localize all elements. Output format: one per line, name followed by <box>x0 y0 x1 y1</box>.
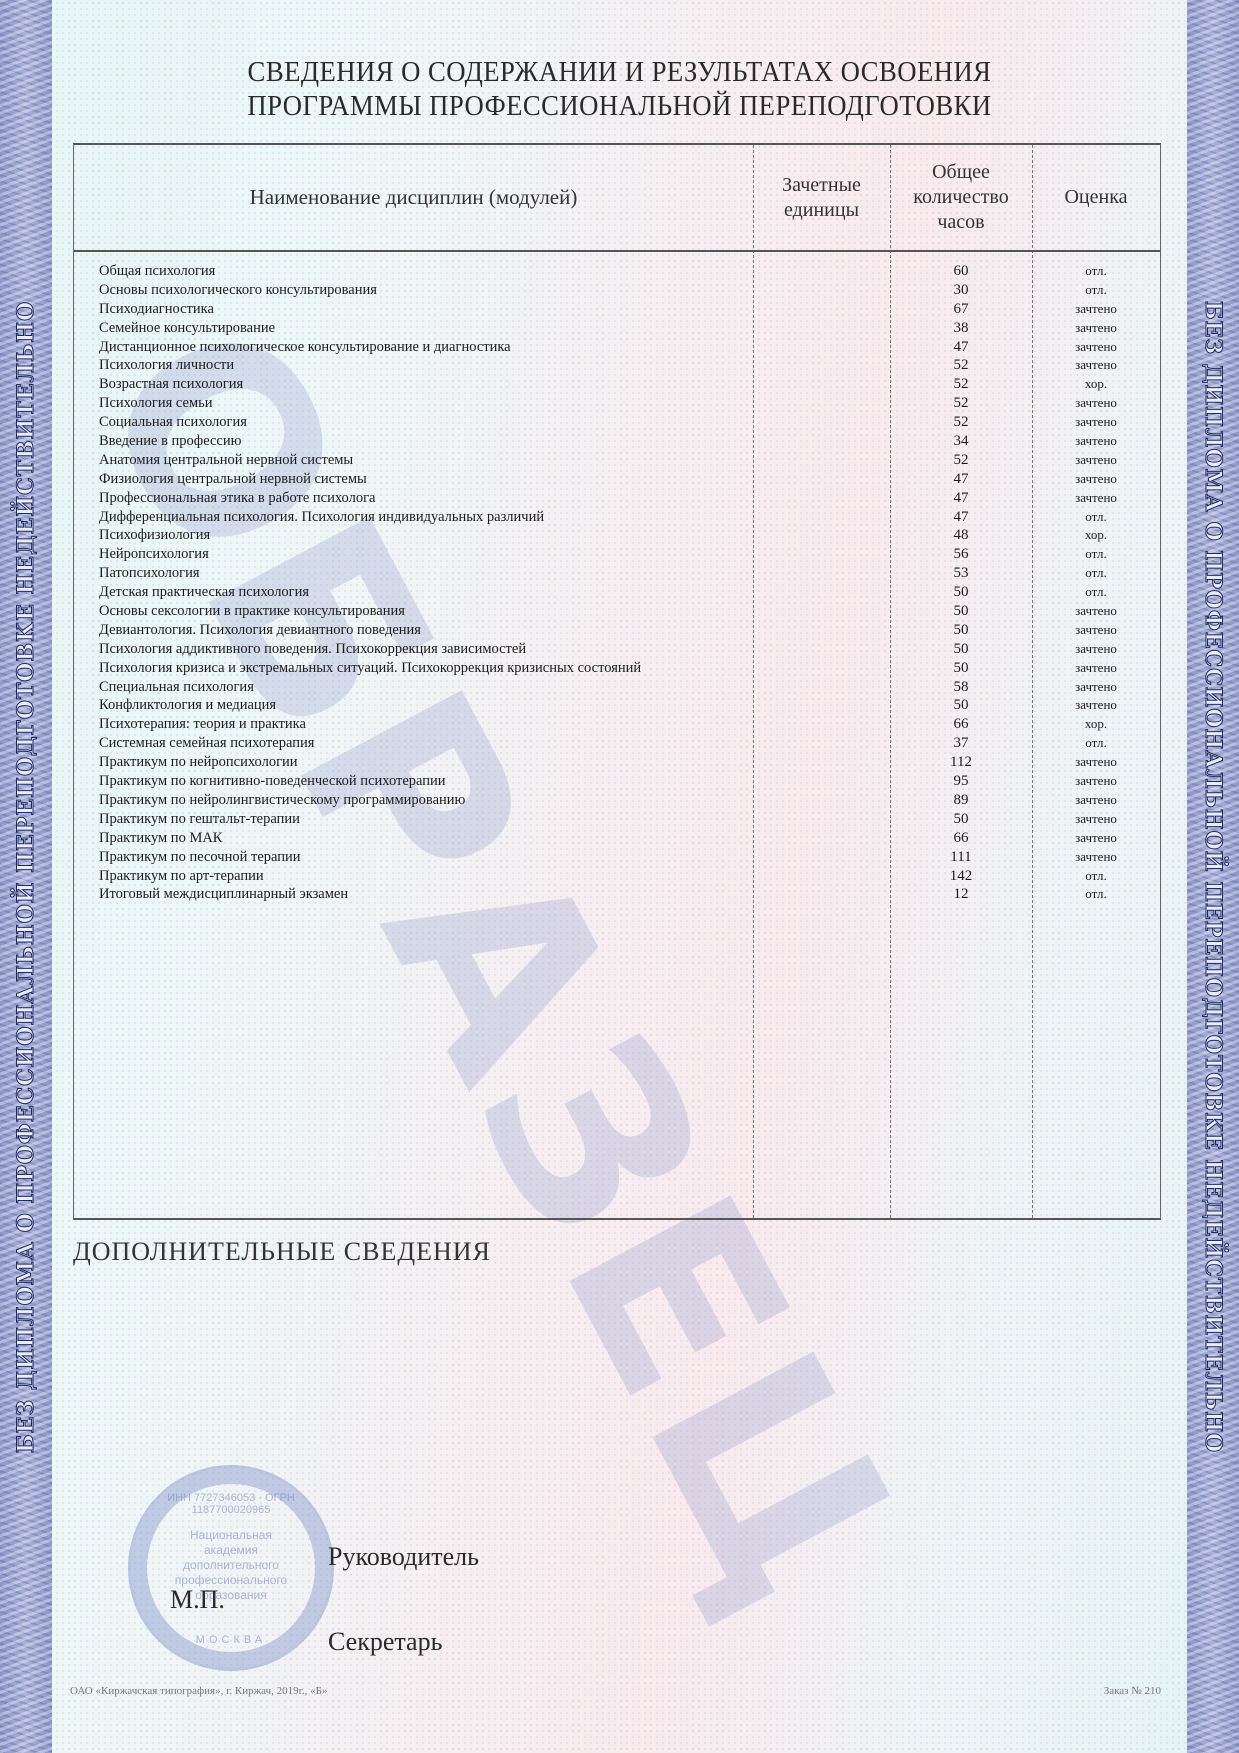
table-row: Семейное консультирование38зачтено <box>74 319 1160 338</box>
discipline-name: Патопсихология <box>99 564 200 582</box>
title-line-2: ПРОГРАММЫ ПРОФЕССИОНАЛЬНОЙ ПЕРЕПОДГОТОВК… <box>50 89 1190 123</box>
table-row: Дифференциальная психология. Психология … <box>74 508 1160 527</box>
grade-cell: отл. <box>1032 885 1160 903</box>
table-row: Психология кризиса и экстремальных ситуа… <box>74 659 1160 678</box>
header-total-hours: Общееколичествочасов <box>890 145 1032 250</box>
table-row: Итоговый междисциплинарный экзамен12отл. <box>74 885 1160 904</box>
table-row: Конфликтология и медиация50зачтено <box>74 696 1160 715</box>
grade-cell: зачтено <box>1032 772 1160 790</box>
hours-cell: 56 <box>890 545 1032 563</box>
discipline-name: Специальная психология <box>99 678 254 696</box>
hours-cell: 89 <box>890 791 1032 809</box>
table-row: Психология аддиктивного поведения. Психо… <box>74 640 1160 659</box>
official-seal: ИНН 7727346053 · ОГРН 1187700020965 Наци… <box>128 1465 334 1671</box>
grade-cell: отл. <box>1032 262 1160 280</box>
discipline-name: Семейное консультирование <box>99 319 275 337</box>
hours-cell: 38 <box>890 319 1032 337</box>
table-row: Практикум по нейролингвистическому прогр… <box>74 791 1160 810</box>
grade-cell: отл. <box>1032 734 1160 752</box>
discipline-name: Возрастная психология <box>99 375 243 393</box>
discipline-name: Физиология центральной нервной системы <box>99 470 367 488</box>
table-row: Основы сексологии в практике консультиро… <box>74 602 1160 621</box>
discipline-name: Психотерапия: теория и практика <box>99 715 306 733</box>
order-number: Заказ № 210 <box>1104 1685 1161 1697</box>
discipline-name: Общая психология <box>99 262 215 280</box>
discipline-name: Анатомия центральной нервной системы <box>99 451 353 469</box>
header-discipline-name: Наименование дисциплин (модулей) <box>74 145 753 250</box>
hours-cell: 12 <box>890 885 1032 903</box>
grade-cell: зачтено <box>1032 394 1160 412</box>
discipline-name: Психология личности <box>99 356 234 374</box>
hours-cell: 50 <box>890 621 1032 639</box>
table-row: Нейропсихология56отл. <box>74 545 1160 564</box>
header-credits: Зачетныеединицы <box>753 145 890 250</box>
grade-cell: зачтено <box>1032 602 1160 620</box>
grade-cell: зачтено <box>1032 470 1160 488</box>
page-title: СВЕДЕНИЯ О СОДЕРЖАНИИ И РЕЗУЛЬТАТАХ ОСВО… <box>0 55 1239 123</box>
grade-cell: зачтено <box>1032 848 1160 866</box>
table-row: Психофизиология48хор. <box>74 526 1160 545</box>
discipline-name: Конфликтология и медиация <box>99 696 276 714</box>
grade-cell: отл. <box>1032 281 1160 299</box>
hours-cell: 47 <box>890 489 1032 507</box>
grade-cell: отл. <box>1032 564 1160 582</box>
hours-cell: 50 <box>890 696 1032 714</box>
hours-cell: 111 <box>890 848 1032 866</box>
discipline-name: Практикум по нейропсихологии <box>99 753 298 771</box>
table-row: Анатомия центральной нервной системы52за… <box>74 451 1160 470</box>
left-security-border: БЕЗ ДИПЛОМА О ПРОФЕССИОНАЛЬНОЙ ПЕРЕПОДГО… <box>0 0 52 1753</box>
head-signature-label: Руководитель <box>328 1542 479 1572</box>
table-row: Возрастная психология52хор. <box>74 375 1160 394</box>
grade-cell: зачтено <box>1032 451 1160 469</box>
discipline-name: Дистанционное психологическое консультир… <box>99 338 511 356</box>
additional-info-heading: ДОПОЛНИТЕЛЬНЫЕ СВЕДЕНИЯ <box>73 1237 491 1267</box>
hours-cell: 95 <box>890 772 1032 790</box>
table-row: Психология семьи52зачтено <box>74 394 1160 413</box>
hours-cell: 52 <box>890 451 1032 469</box>
hours-cell: 48 <box>890 526 1032 544</box>
table-row: Практикум по МАК66зачтено <box>74 829 1160 848</box>
hours-cell: 47 <box>890 470 1032 488</box>
grade-cell: зачтено <box>1032 696 1160 714</box>
hours-cell: 50 <box>890 640 1032 658</box>
grade-cell: зачтено <box>1032 829 1160 847</box>
table-row: Практикум по нейропсихологии112зачтено <box>74 753 1160 772</box>
discipline-name: Практикум по гештальт-терапии <box>99 810 300 828</box>
hours-cell: 52 <box>890 356 1032 374</box>
table-row: Социальная психология52зачтено <box>74 413 1160 432</box>
table-row: Специальная психология58зачтено <box>74 678 1160 697</box>
grade-cell: зачтено <box>1032 640 1160 658</box>
grade-cell: зачтено <box>1032 810 1160 828</box>
disciplines-table: Наименование дисциплин (модулей) Зачетны… <box>73 143 1161 1220</box>
discipline-name: Основы сексологии в практике консультиро… <box>99 602 405 620</box>
table-row: Системная семейная психотерапия37отл. <box>74 734 1160 753</box>
hours-cell: 66 <box>890 715 1032 733</box>
hours-cell: 142 <box>890 867 1032 885</box>
discipline-name: Девиантология. Психология девиантного по… <box>99 621 421 639</box>
hours-cell: 112 <box>890 753 1032 771</box>
table-row: Психодиагностика67зачтено <box>74 300 1160 319</box>
secretary-signature-label: Секретарь <box>328 1627 442 1657</box>
discipline-name: Введение в профессию <box>99 432 241 450</box>
seal-city: МОСКВА <box>131 1634 331 1646</box>
grade-cell: зачтено <box>1032 432 1160 450</box>
hours-cell: 53 <box>890 564 1032 582</box>
right-security-border: БЕЗ ДИПЛОМА О ПРОФЕССИОНАЛЬНОЙ ПЕРЕПОДГО… <box>1187 0 1239 1753</box>
discipline-name: Итоговый междисциплинарный экзамен <box>99 885 348 903</box>
grade-cell: отл. <box>1032 867 1160 885</box>
discipline-name: Системная семейная психотерапия <box>99 734 314 752</box>
right-border-text: БЕЗ ДИПЛОМА О ПРОФЕССИОНАЛЬНОЙ ПЕРЕПОДГО… <box>1200 300 1226 1452</box>
grade-cell: зачтено <box>1032 678 1160 696</box>
grade-cell: зачтено <box>1032 659 1160 677</box>
hours-cell: 67 <box>890 300 1032 318</box>
discipline-name: Практикум по когнитивно-поведенческой пс… <box>99 772 446 790</box>
grade-cell: зачтено <box>1032 489 1160 507</box>
grade-cell: хор. <box>1032 375 1160 393</box>
discipline-name: Практикум по песочной терапии <box>99 848 301 866</box>
hours-cell: 47 <box>890 338 1032 356</box>
hours-cell: 52 <box>890 375 1032 393</box>
discipline-name: Нейропсихология <box>99 545 209 563</box>
grade-cell: зачтено <box>1032 621 1160 639</box>
left-border-text: БЕЗ ДИПЛОМА О ПРОФЕССИОНАЛЬНОЙ ПЕРЕПОДГО… <box>13 300 39 1452</box>
hours-cell: 34 <box>890 432 1032 450</box>
discipline-name: Профессиональная этика в работе психолог… <box>99 489 375 507</box>
table-row: Патопсихология53отл. <box>74 564 1160 583</box>
table-body: Общая психология60отл.Основы психологиче… <box>74 262 1160 904</box>
grade-cell: отл. <box>1032 508 1160 526</box>
table-row: Профессиональная этика в работе психолог… <box>74 489 1160 508</box>
hours-cell: 50 <box>890 583 1032 601</box>
table-header: Наименование дисциплин (модулей) Зачетны… <box>74 145 1160 252</box>
grade-cell: хор. <box>1032 526 1160 544</box>
hours-cell: 30 <box>890 281 1032 299</box>
table-row: Практикум по арт-терапии142отл. <box>74 867 1160 886</box>
table-row: Практикум по гештальт-терапии50зачтено <box>74 810 1160 829</box>
hours-cell: 52 <box>890 413 1032 431</box>
hours-cell: 37 <box>890 734 1032 752</box>
hours-cell: 58 <box>890 678 1032 696</box>
discipline-name: Психология аддиктивного поведения. Психо… <box>99 640 526 658</box>
discipline-name: Дифференциальная психология. Психология … <box>99 508 544 526</box>
hours-cell: 50 <box>890 659 1032 677</box>
table-row: Физиология центральной нервной системы47… <box>74 470 1160 489</box>
hours-cell: 52 <box>890 394 1032 412</box>
printer-imprint: ОАО «Киржачская типография», г. Киржач, … <box>70 1685 328 1697</box>
grade-cell: отл. <box>1032 545 1160 563</box>
seal-place-label: М.П. <box>170 1585 225 1615</box>
hours-cell: 50 <box>890 602 1032 620</box>
grade-cell: зачтено <box>1032 753 1160 771</box>
discipline-name: Практикум по МАК <box>99 829 222 847</box>
grade-cell: отл. <box>1032 583 1160 601</box>
table-row: Детская практическая психология50отл. <box>74 583 1160 602</box>
grade-cell: зачтено <box>1032 338 1160 356</box>
discipline-name: Основы психологического консультирования <box>99 281 377 299</box>
grade-cell: зачтено <box>1032 319 1160 337</box>
discipline-name: Практикум по нейролингвистическому прогр… <box>99 791 465 809</box>
table-row: Психотерапия: теория и практика66хор. <box>74 715 1160 734</box>
seal-ring-text: ИНН 7727346053 · ОГРН 1187700020965 <box>131 1492 331 1516</box>
hours-cell: 47 <box>890 508 1032 526</box>
hours-cell: 66 <box>890 829 1032 847</box>
table-row: Практикум по когнитивно-поведенческой пс… <box>74 772 1160 791</box>
discipline-name: Психодиагностика <box>99 300 214 318</box>
discipline-name: Психофизиология <box>99 526 210 544</box>
table-row: Практикум по песочной терапии111зачтено <box>74 848 1160 867</box>
header-grade: Оценка <box>1032 145 1160 250</box>
discipline-name: Психология кризиса и экстремальных ситуа… <box>99 659 641 677</box>
hours-cell: 60 <box>890 262 1032 280</box>
grade-cell: зачтено <box>1032 356 1160 374</box>
discipline-name: Социальная психология <box>99 413 247 431</box>
title-line-1: СВЕДЕНИЯ О СОДЕРЖАНИИ И РЕЗУЛЬТАТАХ ОСВО… <box>50 55 1190 89</box>
table-row: Основы психологического консультирования… <box>74 281 1160 300</box>
table-row: Дистанционное психологическое консультир… <box>74 338 1160 357</box>
hours-cell: 50 <box>890 810 1032 828</box>
grade-cell: зачтено <box>1032 300 1160 318</box>
table-row: Общая психология60отл. <box>74 262 1160 281</box>
discipline-name: Психология семьи <box>99 394 213 412</box>
discipline-name: Практикум по арт-терапии <box>99 867 264 885</box>
grade-cell: зачтено <box>1032 791 1160 809</box>
discipline-name: Детская практическая психология <box>99 583 309 601</box>
grade-cell: хор. <box>1032 715 1160 733</box>
table-row: Введение в профессию34зачтено <box>74 432 1160 451</box>
table-row: Психология личности52зачтено <box>74 356 1160 375</box>
grade-cell: зачтено <box>1032 413 1160 431</box>
table-row: Девиантология. Психология девиантного по… <box>74 621 1160 640</box>
